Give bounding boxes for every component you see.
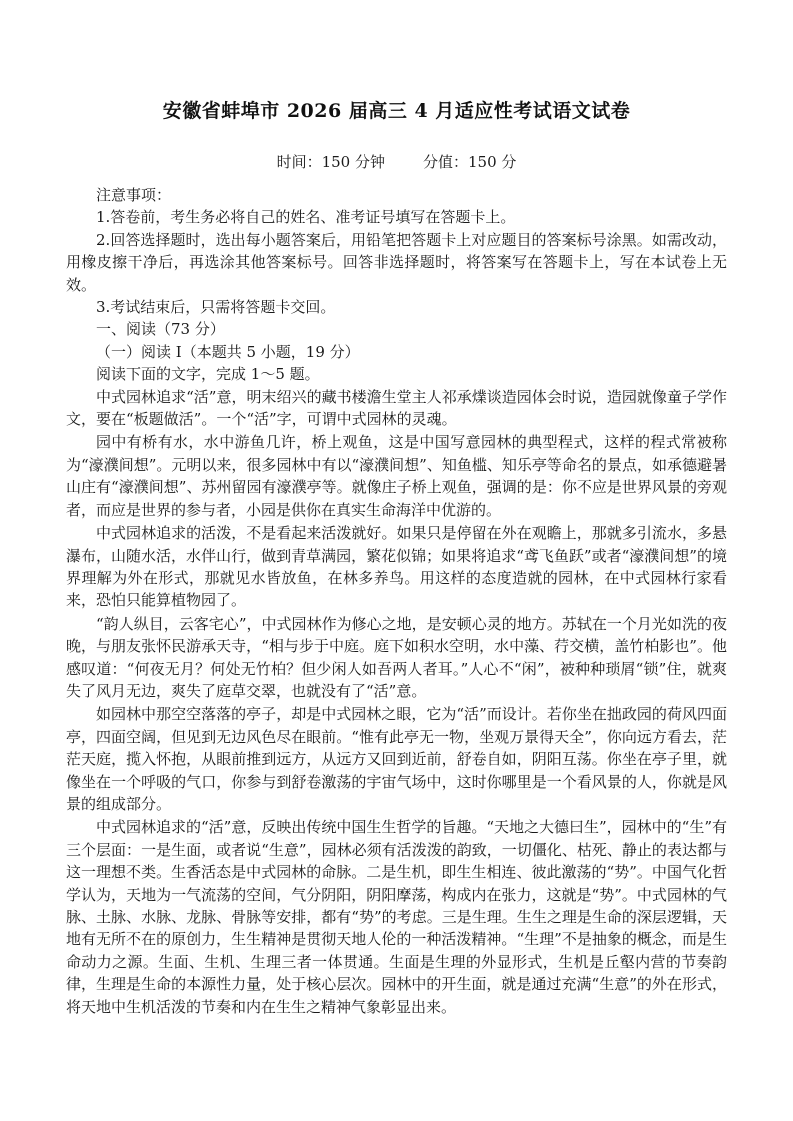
section-heading: 一、阅读（73 分） [66,318,727,340]
exam-meta-line: 时间：150 分钟 分值：150 分 [0,151,793,172]
exam-duration: 时间：150 分钟 [277,151,385,172]
passage-paragraph: 中式园林追求的“活”意，反映出传统中国生生哲学的旨趣。“天地之大德曰生”，园林中… [66,816,727,1018]
document-body: 注意事项： 1.答卷前，考生务必将自己的姓名、准考证号填写在答题卡上。 2.回答… [66,184,727,1018]
notice-item: 1.答卷前，考生务必将自己的姓名、准考证号填写在答题卡上。 [66,206,727,228]
subsection-heading: （一）阅读 I（本题共 5 小题，19 分） [66,341,727,363]
exam-paper-page: 安徽省蚌埠市 2026 届高三 4 月适应性考试语文试卷 时间：150 分钟 分… [0,0,793,1121]
notice-heading: 注意事项： [66,184,727,206]
page-title: 安徽省蚌埠市 2026 届高三 4 月适应性考试语文试卷 [0,0,793,123]
passage-paragraph: 如园林中那空空落落的亭子，却是中式园林之眼，它为“活”而设计。若你坐在拙政园的荷… [66,703,727,815]
passage-paragraph: 园中有桥有水，水中游鱼几许，桥上观鱼，这是中国写意园林的典型程式，这样的程式常被… [66,431,727,521]
passage-paragraph: 中式园林追求“活”意，明末绍兴的藏书楼澹生堂主人祁承㸁谈造园体会时说，造园就像童… [66,386,727,431]
notice-item: 3.考试结束后，只需将答题卡交回。 [66,296,727,318]
passage-paragraph: 中式园林追求的活泼，不是看起来活泼就好。如果只是停留在外在观瞻上，那就多引流水，… [66,522,727,612]
notice-item: 2.回答选择题时，选出每小题答案后，用铅笔把答题卡上对应题目的答案标号涂黑。如需… [66,229,727,296]
reading-instruction: 阅读下面的文字，完成 1～5 题。 [66,363,727,385]
passage-paragraph: “韵人纵目，云客宅心”，中式园林作为修心之地，是安顿心灵的地方。苏轼在一个月光如… [66,613,727,703]
exam-total-score: 分值：150 分 [423,151,516,172]
